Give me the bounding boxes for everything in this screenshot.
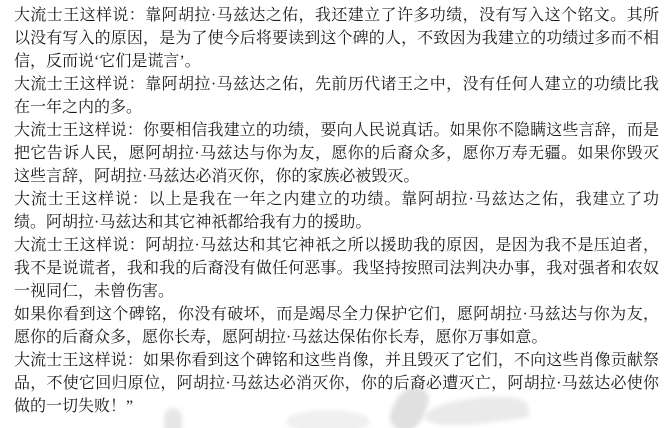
paragraph-darius-unrecorded-deeds: 大流士王这样说：靠阿胡拉·马兹达之佑，我还建立了许多功绩，没有写入这个铭文。其所… <box>14 4 659 73</box>
inscription-text-block: 大流士王这样说：靠阿胡拉·马兹达之佑，我还建立了许多功绩，没有写入这个铭文。其所… <box>14 4 659 418</box>
paragraph-darius-ahuramazda-aid: 大流士王这样说：以上是我在一年之内建立的功绩。靠阿胡拉·马兹达之佑，我建立了功绩… <box>14 188 659 234</box>
paragraph-darius-deeds-in-one-year: 大流士王这样说：靠阿胡拉·马兹达之佑，先前历代诸王之中，没有任何人建立的功绩比我… <box>14 73 659 119</box>
paragraph-darius-reason-for-aid: 大流士王这样说：阿胡拉·马兹达和其它神祇之所以援助我的原因，是因为我不是压迫者，… <box>14 234 659 303</box>
document-page: 大流士王这样说：靠阿胡拉·马兹达之佑，我还建立了许多功绩，没有写入这个铭文。其所… <box>0 0 672 428</box>
paragraph-blessing-for-protectors: 如果你看到这个碑铭，你没有破坏，而是竭尽全力保护它们，愿阿胡拉·马兹达与你为友，… <box>14 303 659 349</box>
paragraph-darius-tell-the-truth: 大流士王这样说：你要相信我建立的功绩，要向人民说真话。如果你不隐瞒这些言辞，而是… <box>14 119 659 188</box>
paragraph-curse-for-destroyers: 大流士王这样说：如果你看到这个碑铭和这些肖像，并且毁灭了它们，不向这些肖像贡献祭… <box>14 349 659 418</box>
